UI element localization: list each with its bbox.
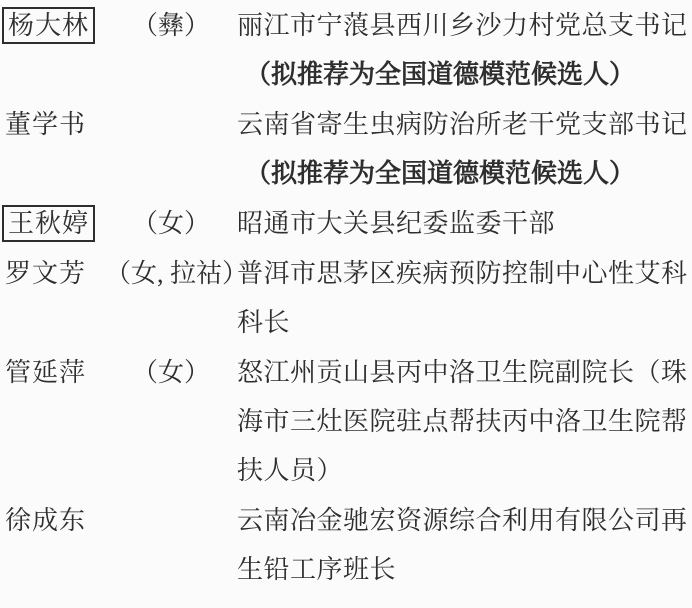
person-name: 罗文芳 — [5, 259, 86, 288]
gender-annotation: （女） — [105, 348, 237, 397]
gender-ethnicity-annotation: （女, 拉祜） — [105, 249, 237, 298]
description-column: 普洱市思茅区疾病预防控制中心性艾科 科长 — [237, 249, 692, 347]
ethnicity-annotation: （彝） — [105, 1, 237, 50]
nomination-note-line: （拟推荐为全国道德模范候选人） — [237, 50, 692, 99]
name-column: 罗文芳 — [5, 249, 105, 298]
person-entry: 王秋婷 （女） 昭通市大关县纪委监委干部 — [5, 199, 692, 248]
name-column: 管延萍 — [5, 348, 105, 397]
person-entry: 罗文芳 （女, 拉祜） 普洱市思茅区疾病预防控制中心性艾科 科长 — [5, 249, 692, 347]
person-name-boxed: 杨大林 — [2, 7, 95, 44]
description-column: 昭通市大关县纪委监委干部 — [237, 199, 692, 248]
position-line: 普洱市思茅区疾病预防控制中心性艾科 — [237, 249, 692, 298]
person-name: 董学书 — [5, 110, 86, 139]
position-line: 昭通市大关县纪委监委干部 — [237, 199, 692, 248]
name-column: 杨大林 — [5, 1, 105, 50]
gender-annotation: （女） — [105, 199, 237, 248]
description-column: 云南省寄生虫病防治所老干党支部书记 （拟推荐为全国道德模范候选人） — [237, 100, 692, 198]
position-line: 云南省寄生虫病防治所老干党支部书记 — [237, 100, 692, 149]
position-line: 怒江州贡山县丙中洛卫生院副院长（珠 — [237, 348, 692, 397]
person-entry: 管延萍 （女） 怒江州贡山县丙中洛卫生院副院长（珠 海市三灶医院驻点帮扶丙中洛卫… — [5, 348, 692, 495]
position-line: 扶人员） — [237, 446, 692, 495]
position-line: 科长 — [237, 298, 692, 347]
name-column: 徐成东 — [5, 496, 105, 545]
name-column: 王秋婷 — [5, 199, 105, 248]
position-line: 生铅工序班长 — [237, 545, 692, 594]
person-name: 管延萍 — [5, 358, 86, 387]
person-name: 徐成东 — [5, 506, 86, 535]
position-line: 丽江市宁蒗县西川乡沙力村党总支书记 — [237, 1, 692, 50]
name-column: 董学书 — [5, 100, 105, 149]
description-column: 云南冶金驰宏资源综合利用有限公司再 生铅工序班长 — [237, 496, 692, 594]
person-entry: 杨大林 （彝） 丽江市宁蒗县西川乡沙力村党总支书记 （拟推荐为全国道德模范候选人… — [5, 1, 692, 99]
position-line: 云南冶金驰宏资源综合利用有限公司再 — [237, 496, 692, 545]
nomination-note-line: （拟推荐为全国道德模范候选人） — [237, 149, 692, 198]
person-name-boxed: 王秋婷 — [2, 205, 95, 242]
person-entry: 徐成东 云南冶金驰宏资源综合利用有限公司再 生铅工序班长 — [5, 496, 692, 594]
document-page: 杨大林 （彝） 丽江市宁蒗县西川乡沙力村党总支书记 （拟推荐为全国道德模范候选人… — [0, 0, 692, 608]
description-column: 丽江市宁蒗县西川乡沙力村党总支书记 （拟推荐为全国道德模范候选人） — [237, 1, 692, 99]
position-line: 海市三灶医院驻点帮扶丙中洛卫生院帮 — [237, 397, 692, 446]
person-entry: 董学书 云南省寄生虫病防治所老干党支部书记 （拟推荐为全国道德模范候选人） — [5, 100, 692, 198]
description-column: 怒江州贡山县丙中洛卫生院副院长（珠 海市三灶医院驻点帮扶丙中洛卫生院帮 扶人员） — [237, 348, 692, 495]
